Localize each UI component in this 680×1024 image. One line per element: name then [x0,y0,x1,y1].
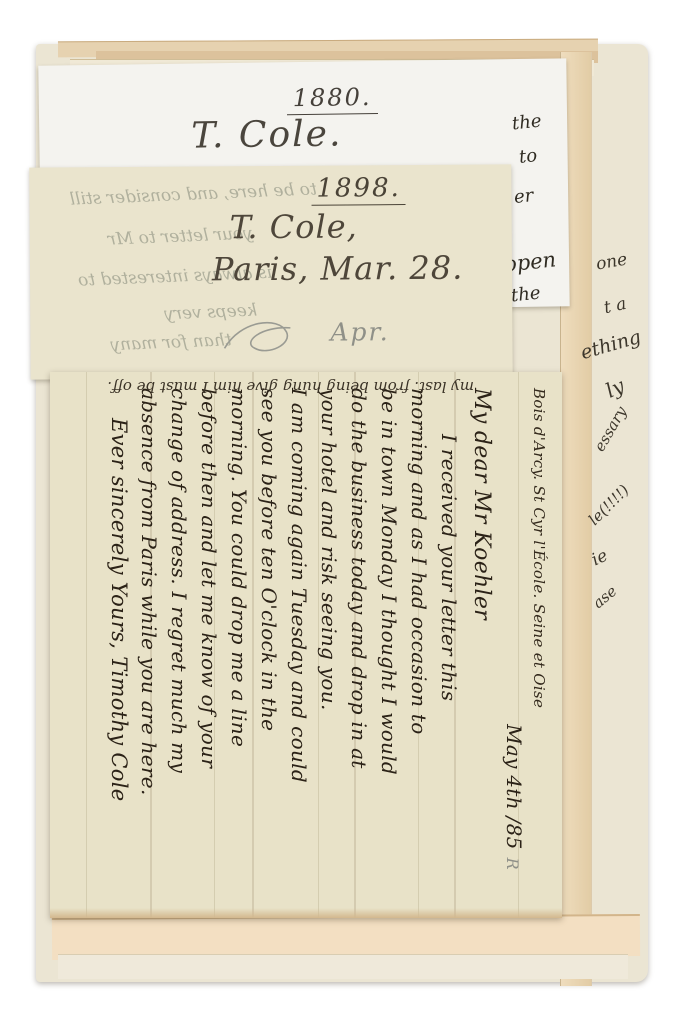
ghost-bleedthrough-text: to be here, and consider still [69,179,317,209]
letter-line: be in town Monday I thought I would [374,388,404,876]
docket-name-1880: T. Cole. [191,113,343,156]
letter-line: I am coming again Tuesday and could [284,388,314,876]
pencil-flourish [220,314,340,359]
ghost-bleedthrough-text: than for many [110,330,232,355]
letter-signoff: Ever sincerely Yours, Timothy Cole [104,388,134,876]
photo-of-letter-stack: one t a ething ly essary le(!!!!) ie ase… [0,0,680,1024]
docket-year-1898: 1898. [311,173,406,206]
letter-bottom-edge [50,908,562,918]
edge-text-fragment: the [510,283,542,307]
letter-line: morning. You could drop me a line [224,388,254,876]
letter-text-block: Bois d'Arcy. St Cyr l'École. Seine et Oi… [62,388,550,876]
letter-line: your hotel and risk seeing you. [314,388,344,876]
letter-line: I received your letter this [434,388,464,876]
letter-line: see you before ten O'clock in the [254,388,284,876]
letter-line: absence from Paris while you are here. [134,388,164,876]
letter-salutation: My dear Mr Koehler [464,388,498,876]
letter-date-value: May 4th /85 [502,724,526,850]
letter-dateline: Bois d'Arcy. St Cyr l'École. Seine et Oi… [528,388,550,876]
letter-margin-note-upside-down: my last. from being hung give him I must… [74,378,474,396]
letter-line: before then and let me know of your [194,388,224,876]
letter-date: May 4th /85R [498,388,528,876]
docket-sheet-1898: to be here, and consider still your lett… [29,164,512,379]
docket-name-1898: T. Cole, [230,207,358,246]
pencil-initial: R [503,850,522,870]
letter-line: morning and as I had occasion to [404,388,434,876]
edge-text-fragment: the [511,111,543,135]
edge-text-fragment: er [513,185,534,208]
docket-year-1880: 1880. [287,83,378,115]
edge-text-fragment: to [518,145,538,168]
letter-line: change of address. I regret much my [164,388,194,876]
backing-bottom-strip [58,954,628,979]
pencil-note-apr: Apr. [330,317,389,346]
docket-place-date-1898: Paris, Mar. 28. [212,249,464,289]
letter-line: do the business today and drop in at [344,388,374,876]
